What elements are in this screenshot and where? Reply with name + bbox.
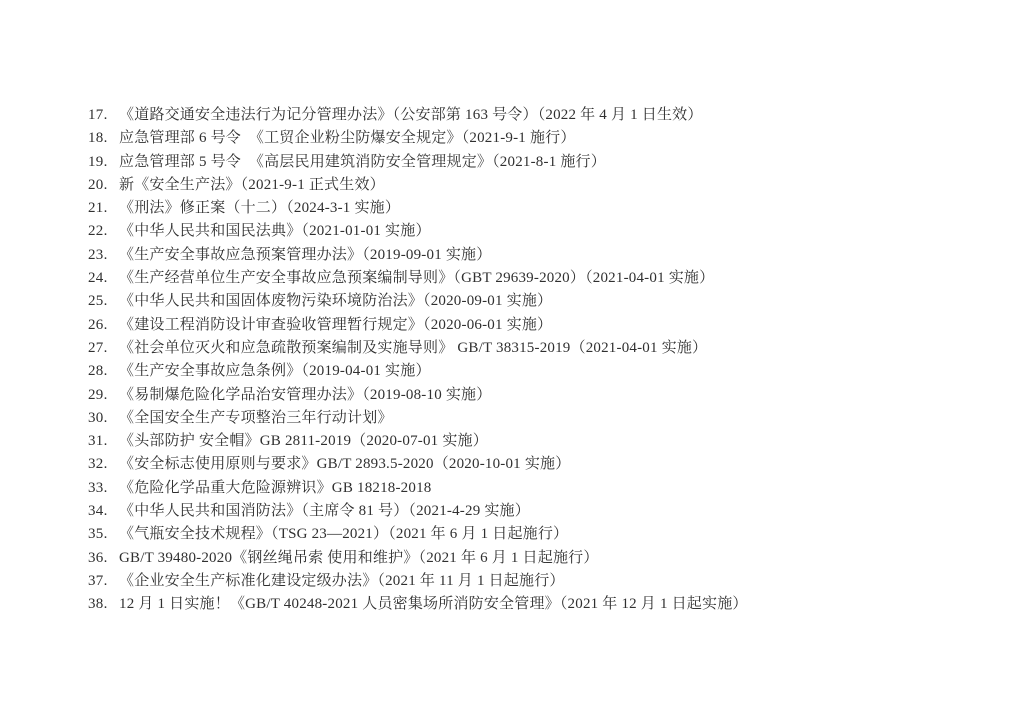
list-item: 27.《社会单位灭火和应急疏散预案编制及实施导则》 GB/T 38315-201… [88,337,748,360]
item-text: 《气瓶安全技术规程》（TSG 23—2021）（2021 年 6 月 1 日起施… [119,523,568,546]
item-number: 24. [88,267,113,290]
item-number: 27. [88,337,113,360]
item-number: 19. [88,151,113,174]
item-text: 《危险化学品重大危险源辨识》GB 18218-2018 [119,477,431,500]
list-item: 19.应急管理部 5 号令 《高层民用建筑消防安全管理规定》（2021-8-1 … [88,151,748,174]
list-item: 28.《生产安全事故应急条例》（2019-04-01 实施） [88,360,748,383]
list-item: 29.《易制爆危险化学品治安管理办法》（2019-08-10 实施） [88,384,748,407]
list-item: 31.《头部防护 安全帽》GB 2811-2019（2020-07-01 实施） [88,430,748,453]
item-text: 《易制爆危险化学品治安管理办法》（2019-08-10 实施） [119,384,491,407]
item-number: 38. [88,593,113,616]
item-number: 17. [88,104,113,127]
list-item: 35.《气瓶安全技术规程》（TSG 23—2021）（2021 年 6 月 1 … [88,523,748,546]
list-item: 34.《中华人民共和国消防法》（主席令 81 号）（2021-4-29 实施） [88,500,748,523]
item-text: 《企业安全生产标准化建设定级办法》（2021 年 11 月 1 日起施行） [119,570,565,593]
item-text: 应急管理部 6 号令 《工贸企业粉尘防爆安全规定》（2021-9-1 施行） [119,127,576,150]
item-text: 《头部防护 安全帽》GB 2811-2019（2020-07-01 实施） [119,430,488,453]
regulation-list: 17.《道路交通安全违法行为记分管理办法》（公安部第 163 号令）（2022 … [88,104,748,617]
item-text: 《生产安全事故应急条例》（2019-04-01 实施） [119,360,431,383]
list-item: 38.12 月 1 日实施！《GB/T 40248-2021 人员密集场所消防安… [88,593,748,616]
list-item: 30.《全国安全生产专项整治三年行动计划》 [88,407,748,430]
list-item: 26.《建设工程消防设计审查验收管理暂行规定》（2020-06-01 实施） [88,314,748,337]
list-item: 21.《刑法》修正案（十二）（2024-3-1 实施） [88,197,748,220]
item-text: 《安全标志使用原则与要求》GB/T 2893.5-2020（2020-10-01… [119,453,570,476]
list-item: 17.《道路交通安全违法行为记分管理办法》（公安部第 163 号令）（2022 … [88,104,748,127]
document-page: 17.《道路交通安全违法行为记分管理办法》（公安部第 163 号令）（2022 … [0,0,1024,724]
item-number: 34. [88,500,113,523]
item-text: 《建设工程消防设计审查验收管理暂行规定》（2020-06-01 实施） [119,314,552,337]
item-number: 26. [88,314,113,337]
item-number: 18. [88,127,113,150]
item-number: 22. [88,220,113,243]
item-text: 《中华人民共和国固体废物污染环境防治法》（2020-09-01 实施） [119,290,552,313]
item-number: 36. [88,547,113,570]
item-number: 37. [88,570,113,593]
list-item: 22.《中华人民共和国民法典》（2021-01-01 实施） [88,220,748,243]
item-number: 25. [88,290,113,313]
item-number: 28. [88,360,113,383]
item-text: 《道路交通安全违法行为记分管理办法》（公安部第 163 号令）（2022 年 4… [119,104,703,127]
item-text: 《生产经营单位生产安全事故应急预案编制导则》（GBT 29639-2020）（2… [119,267,714,290]
list-item: 18.应急管理部 6 号令 《工贸企业粉尘防爆安全规定》（2021-9-1 施行… [88,127,748,150]
item-number: 20. [88,174,113,197]
list-item: 37.《企业安全生产标准化建设定级办法》（2021 年 11 月 1 日起施行） [88,570,748,593]
list-item: 20.新《安全生产法》（2021-9-1 正式生效） [88,174,748,197]
item-text: 新《安全生产法》（2021-9-1 正式生效） [119,174,385,197]
list-item: 33.《危险化学品重大危险源辨识》GB 18218-2018 [88,477,748,500]
item-number: 33. [88,477,113,500]
item-number: 32. [88,453,113,476]
item-text: 《全国安全生产专项整治三年行动计划》 [119,407,393,430]
item-text: 《刑法》修正案（十二）（2024-3-1 实施） [119,197,400,220]
item-text: 应急管理部 5 号令 《高层民用建筑消防安全管理规定》（2021-8-1 施行） [119,151,606,174]
item-number: 21. [88,197,113,220]
item-text: 12 月 1 日实施！《GB/T 40248-2021 人员密集场所消防安全管理… [119,593,748,616]
list-item: 36.GB/T 39480-2020《钢丝绳吊索 使用和维护》（2021 年 6… [88,547,748,570]
item-number: 30. [88,407,113,430]
item-number: 29. [88,384,113,407]
item-number: 31. [88,430,113,453]
item-number: 35. [88,523,113,546]
item-text: GB/T 39480-2020《钢丝绳吊索 使用和维护》（2021 年 6 月 … [119,547,599,570]
item-number: 23. [88,244,113,267]
item-text: 《社会单位灭火和应急疏散预案编制及实施导则》 GB/T 38315-2019（2… [119,337,707,360]
list-item: 32.《安全标志使用原则与要求》GB/T 2893.5-2020（2020-10… [88,453,748,476]
list-item: 24.《生产经营单位生产安全事故应急预案编制导则》（GBT 29639-2020… [88,267,748,290]
item-text: 《中华人民共和国民法典》（2021-01-01 实施） [119,220,431,243]
item-text: 《生产安全事故应急预案管理办法》（2019-09-01 实施） [119,244,491,267]
item-text: 《中华人民共和国消防法》（主席令 81 号）（2021-4-29 实施） [119,500,530,523]
list-item: 23.《生产安全事故应急预案管理办法》（2019-09-01 实施） [88,244,748,267]
list-item: 25.《中华人民共和国固体废物污染环境防治法》（2020-09-01 实施） [88,290,748,313]
